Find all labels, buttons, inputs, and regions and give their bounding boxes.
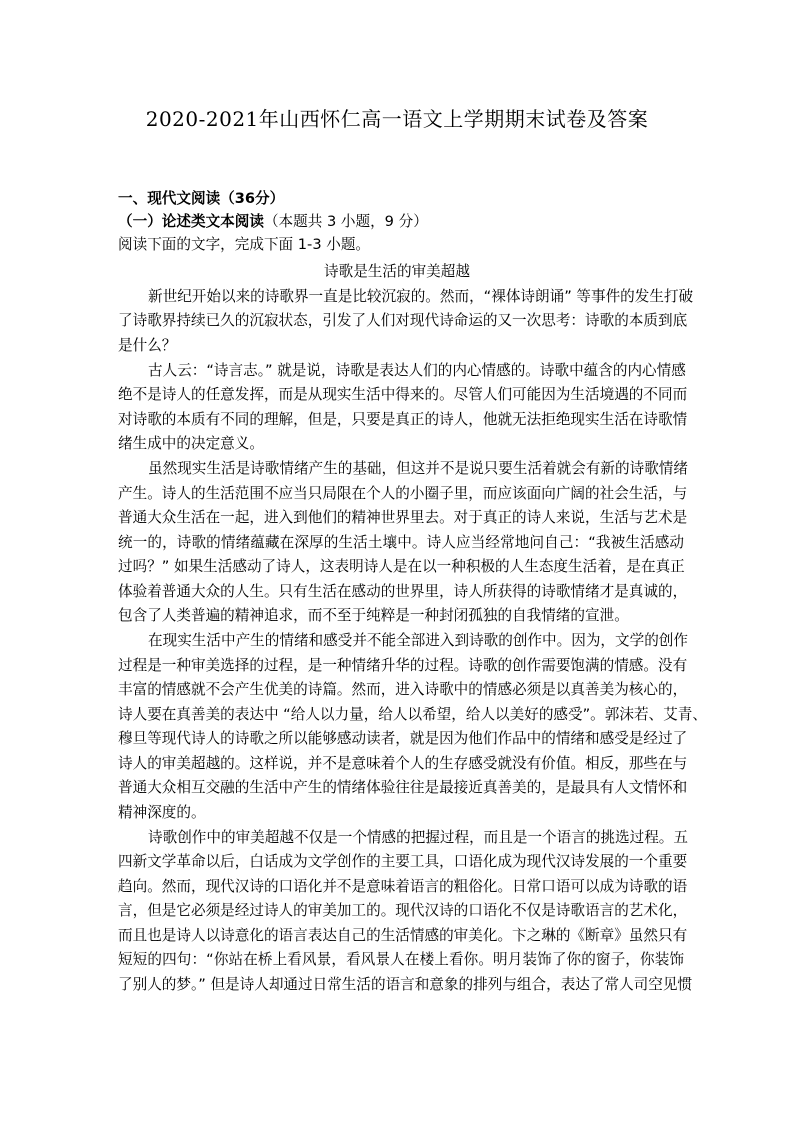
text-line: 对诗歌的本质有不同的理解，但是，只要是真正的诗人，他就无法拒绝现实生活在诗歌情 xyxy=(118,410,684,430)
instruction: 阅读下面的文字，完成下面 1-3 小题。 xyxy=(118,235,684,255)
text-line: 诗人要在真善美的表达中 “给人以力量，给人以希望，给人以美好的感受”。郭沫若、艾… xyxy=(118,705,684,725)
text-line: 包含了人类普遍的精神追求，而不至于纯粹是一种封闭孤独的自我情绪的宣泄。 xyxy=(118,606,684,626)
text-line: 绪生成中的决定意义。 xyxy=(118,434,684,454)
text-line: 虽然现实生活是诗歌情绪产生的基础，但这并不是说只要生活着就会有新的诗歌情绪 xyxy=(148,459,684,479)
text-line: 诗人的审美超越的。这样说，并不是意味着个人的生存感受就没有价值。相反，那些在与 xyxy=(118,754,684,774)
text-line: 统一的，诗歌的情绪蕴藏在深厚的生活土壤中。诗人应当经常地问自己：“我被生活感动 xyxy=(118,533,684,553)
document-title: 2020-2021年山西怀仁高一语文上学期期末试卷及答案 xyxy=(0,104,794,134)
text-line: 古人云：“诗言志。” 就是说，诗歌是表达人们的内心情感的。诗歌中蕴含的内心情感 xyxy=(148,361,684,381)
text-line: 绝不是诗人的任意发挥，而是从现实生活中得来的。尽管人们可能因为生活境遇的不同而 xyxy=(118,385,684,405)
text-line: 是什么？ xyxy=(118,336,684,356)
text-line: 趋向。然而，现代汉诗的口语化并不是意味着语言的粗俗化。日常口语可以成为诗歌的语 xyxy=(118,877,684,897)
text-line: 了别人的梦。” 但是诗人却通过日常生活的语言和意象的排列与组合，表达了常人司空见… xyxy=(118,975,684,995)
text-line: 精神深度的。 xyxy=(118,803,684,823)
text-line: 而且也是诗人以诗意化的语言表达自己的生活情感的审美化。卞之琳的《断章》虽然只有 xyxy=(118,926,684,946)
text-line: 丰富的情感就不会产生优美的诗篇。然而，进入诗歌中的情感必须是以真善美为核心的， xyxy=(118,680,684,700)
text-line: 过吗？” 如果生活感动了诗人，这表明诗人是在以一种积极的人生态度生活着，是在真正 xyxy=(118,557,684,577)
subsection-heading: （一）论述类文本阅读（本题共 3 小题，9 分） xyxy=(118,212,684,232)
text-line: 短短的四句：“你站在桥上看风景，看风景人在楼上看你。明月装饰了你的窗子，你装饰 xyxy=(118,950,684,970)
text-line: 过程是一种审美选择的过程，是一种情绪升华的过程。诗歌的创作需要饱满的情感。没有 xyxy=(118,656,684,676)
text-line: 了诗歌界持续已久的沉寂状态，引发了人们对现代诗命运的又一次思考：诗歌的本质到底 xyxy=(118,311,684,331)
text-line: 普通大众相互交融的生活中产生的情绪体验往往是最接近真善美的，是最具有人文情怀和 xyxy=(118,778,684,798)
text-line: 新世纪开始以来的诗歌界一直是比较沉寂的。然而，“裸体诗朗诵” 等事件的发生打破 xyxy=(148,287,684,307)
text-line: 普通大众生活在一起，进入到他们的精神世界里去。对于真正的诗人来说，生活与艺术是 xyxy=(118,508,684,528)
text-line: 诗歌创作中的审美超越不仅是一个情感的把握过程，而且是一个语言的挑选过程。五 xyxy=(148,828,684,848)
article-title: 诗歌是生活的审美超越 xyxy=(0,262,794,282)
text-line: 穆旦等现代诗人的诗歌之所以能够感动读者，就是因为他们作品中的情绪和感受是经过了 xyxy=(118,729,684,749)
subsection-label: （一）论述类文本阅读 xyxy=(118,213,264,230)
document-page: 2020-2021年山西怀仁高一语文上学期期末试卷及答案 一、现代文阅读（36分… xyxy=(0,0,794,1123)
section-heading: 一、现代文阅读（36分） xyxy=(118,189,684,209)
text-line: 体验着普通大众的人生。只有生活在感动的世界里，诗人所获得的诗歌情绪才是真诚的， xyxy=(118,582,684,602)
text-line: 产生。诗人的生活范围不应当只局限在个人的小圈子里，而应该面向广阔的社会生活，与 xyxy=(118,484,684,504)
subsection-note: （本题共 3 小题，9 分） xyxy=(264,213,428,230)
text-line: 四新文学革命以后，白话成为文学创作的主要工具，口语化成为现代汉诗发展的一个重要 xyxy=(118,852,684,872)
text-line: 在现实生活中产生的情绪和感受并不能全部进入到诗歌的创作中。因为，文学的创作 xyxy=(148,631,684,651)
text-line: 言，但是它必须是经过诗人的审美加工的。现代汉诗的口语化不仅是诗歌语言的艺术化， xyxy=(118,901,684,921)
